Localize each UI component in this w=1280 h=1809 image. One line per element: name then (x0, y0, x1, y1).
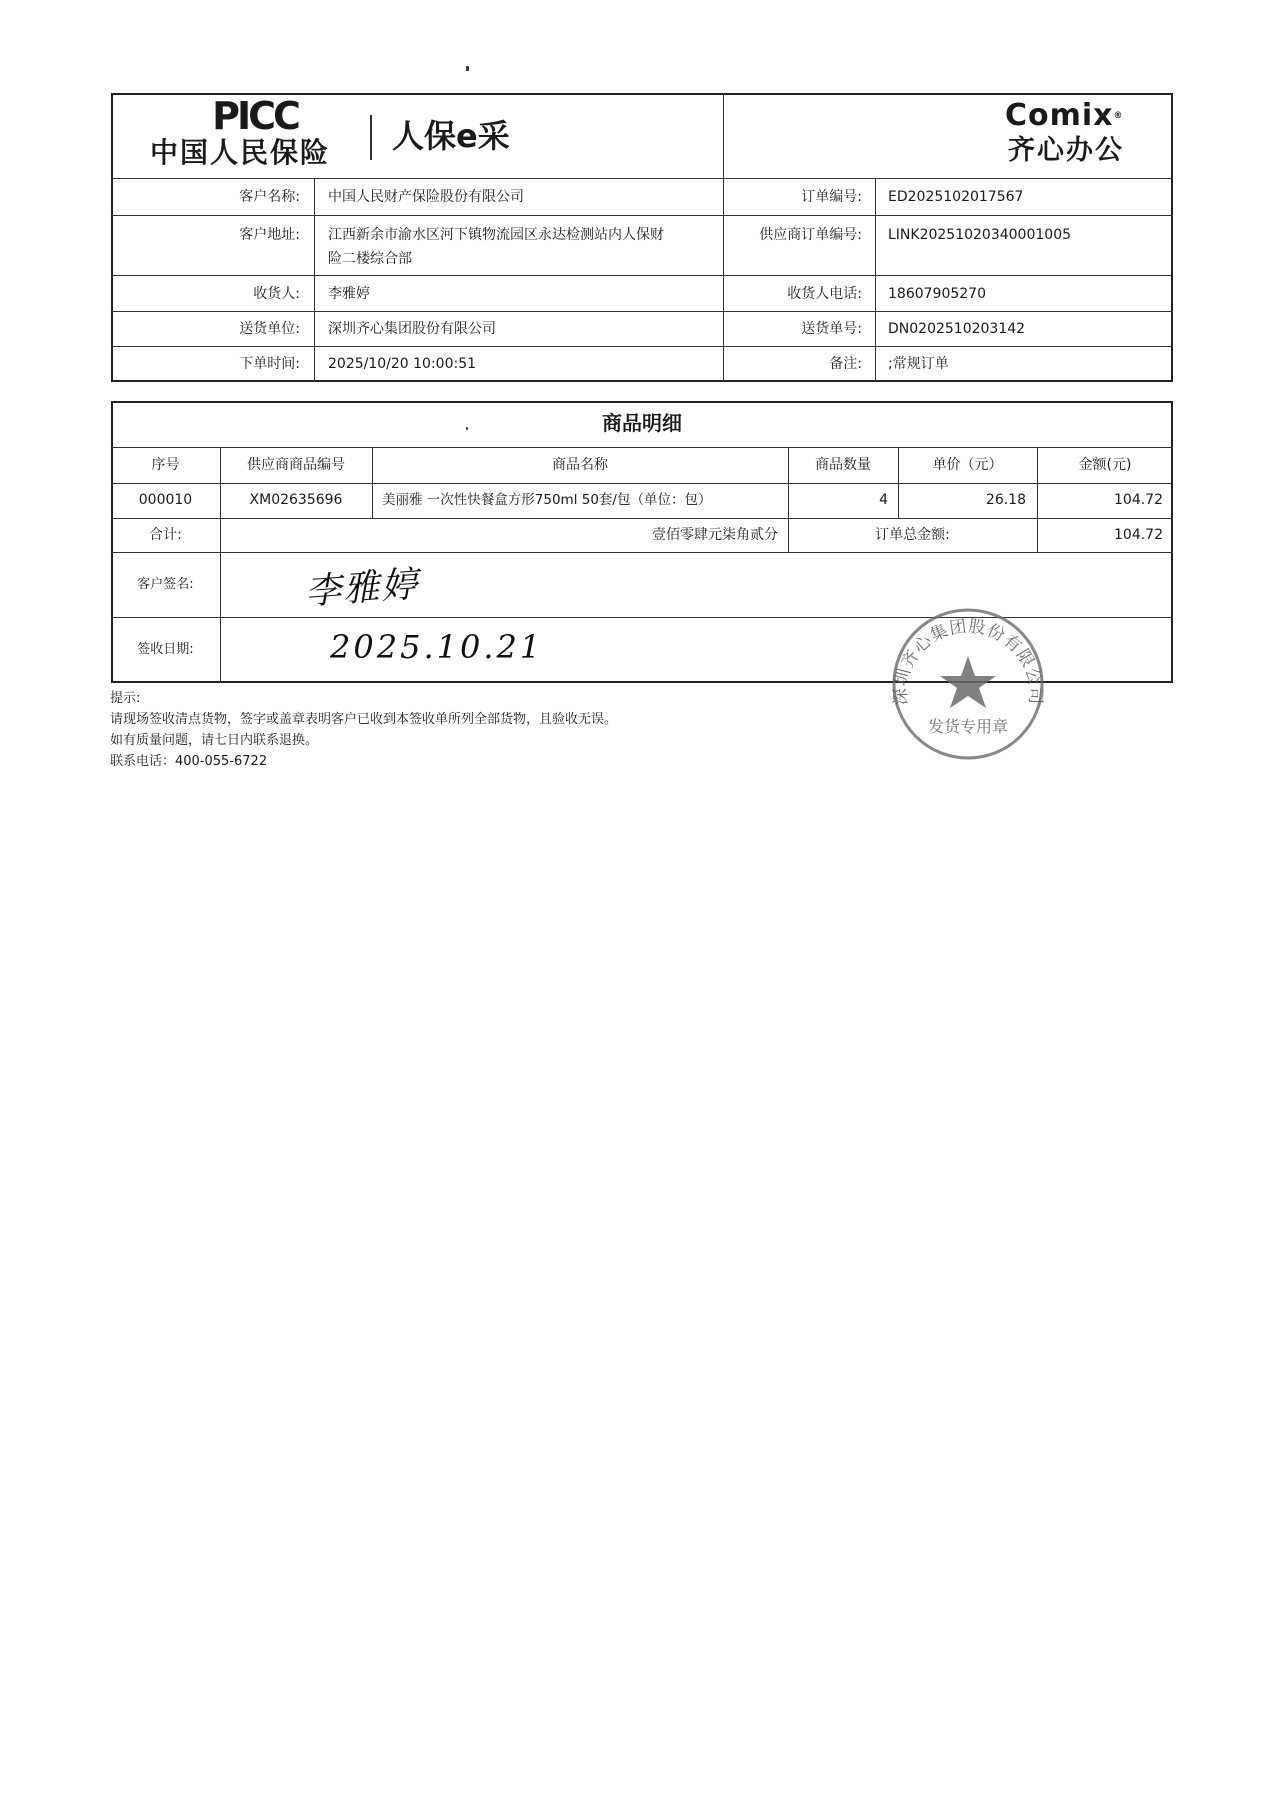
col-divider (723, 93, 724, 382)
col-divider (314, 178, 315, 382)
supplier-order-number-label: 供应商订单编号: (726, 226, 862, 244)
logo-separator (370, 115, 372, 160)
col-header-sku: 供应商商品编号 (220, 456, 372, 474)
company-seal-stamp: 深圳齐心集团股份有限公司 发货专用章 (888, 604, 1048, 764)
customer-address-line2: 险二楼综合部 (328, 250, 412, 268)
customer-address-label: 客户地址: (114, 226, 300, 244)
sign-date-handwritten: 2025.10.21 (330, 628, 543, 666)
col-header-name: 商品名称 (372, 456, 788, 474)
order-number-label: 订单编号: (726, 188, 862, 206)
items-table-title: 商品明细 (111, 403, 1173, 443)
order-time-value: 2025/10/20 10:00:51 (328, 355, 476, 373)
customer-name-value: 中国人民财产保险股份有限公司 (328, 188, 524, 206)
order-total-label: 订单总金额: (788, 526, 1037, 544)
consignee-phone-label: 收货人电话: (726, 285, 862, 303)
cell-seq: 000010 (111, 491, 220, 509)
notes-title: 提示: (110, 688, 617, 709)
order-time-label: 下单时间: (114, 355, 300, 373)
picc-logo-cn: 中国人民保险 (150, 136, 330, 170)
sign-date-label: 签收日期: (111, 641, 220, 659)
delivery-number-value: DN0202510203142 (888, 320, 1025, 338)
notes-line: 请现场签收清点货物，签字或盖章表明客户已收到本签收单所列全部货物，且验收无误。 (110, 709, 617, 730)
row-divider (111, 275, 1173, 276)
cell-qty: 4 (788, 491, 888, 509)
col-header-seq: 序号 (111, 456, 220, 474)
total-label: 合计: (111, 526, 220, 544)
row-divider (111, 552, 1173, 553)
col-header-qty: 商品数量 (788, 456, 898, 474)
svg-text:发货专用章: 发货专用章 (928, 717, 1008, 736)
customer-address-line1: 江西新余市渝水区河下镇物流园区永达检测站内人保财 (328, 226, 664, 244)
col-divider (875, 178, 876, 382)
cell-name: 美丽雅 一次性快餐盒方形750ml 50套/包（单位：包） (382, 491, 711, 509)
customer-name-label: 客户名称: (114, 188, 300, 206)
comix-brand: Comix (1005, 98, 1114, 133)
delivery-number-label: 送货单号: (726, 320, 862, 338)
delivery-company-label: 送货单位: (114, 320, 300, 338)
cell-sku: XM02635696 (220, 491, 372, 509)
col-header-unit-price: 单价（元） (898, 456, 1037, 474)
notes-section: 提示: 请现场签收清点货物，签字或盖章表明客户已收到本签收单所列全部货物，且验收… (110, 688, 617, 772)
total-amount-in-words: 壹佰零肆元柒角贰分 (220, 526, 778, 544)
supplier-order-number-value: LINK20251020340001005 (888, 226, 1071, 244)
contact-phone: 联系电话：400-055-6722 (110, 751, 617, 772)
col-header-amount: 金额(元) (1037, 456, 1173, 474)
cell-unit-price: 26.18 (898, 491, 1026, 509)
consignee-value: 李雅婷 (328, 285, 370, 303)
platform-logo: 人保e采 (392, 116, 510, 156)
customer-signature: 李雅婷 (303, 556, 420, 615)
row-divider (111, 311, 1173, 312)
customer-sign-label: 客户签名: (111, 576, 220, 594)
row-divider (111, 518, 1173, 519)
remark-label: 备注: (726, 355, 862, 373)
row-divider (111, 178, 1173, 179)
scan-speck (466, 66, 469, 71)
comix-logo-cn: 齐心办公 (1008, 135, 1124, 167)
col-divider (220, 447, 221, 683)
comix-logo: Comix® (1005, 100, 1124, 132)
trademark-icon: ® (1114, 111, 1124, 121)
picc-logo: PICC (205, 96, 305, 136)
row-divider (111, 447, 1173, 448)
row-divider (111, 483, 1173, 484)
cell-amount: 104.72 (1037, 491, 1163, 509)
consignee-phone-value: 18607905270 (888, 285, 986, 303)
delivery-company-value: 深圳齐心集团股份有限公司 (328, 320, 496, 338)
row-divider (111, 346, 1173, 347)
star-icon (940, 656, 996, 708)
remark-value: ;常规订单 (888, 355, 949, 373)
consignee-label: 收货人: (114, 285, 300, 303)
row-divider (111, 215, 1173, 216)
notes-line: 如有质量问题，请七日内联系退换。 (110, 730, 617, 751)
order-number-value: ED2025102017567 (888, 188, 1023, 206)
order-total-value: 104.72 (1037, 526, 1163, 544)
